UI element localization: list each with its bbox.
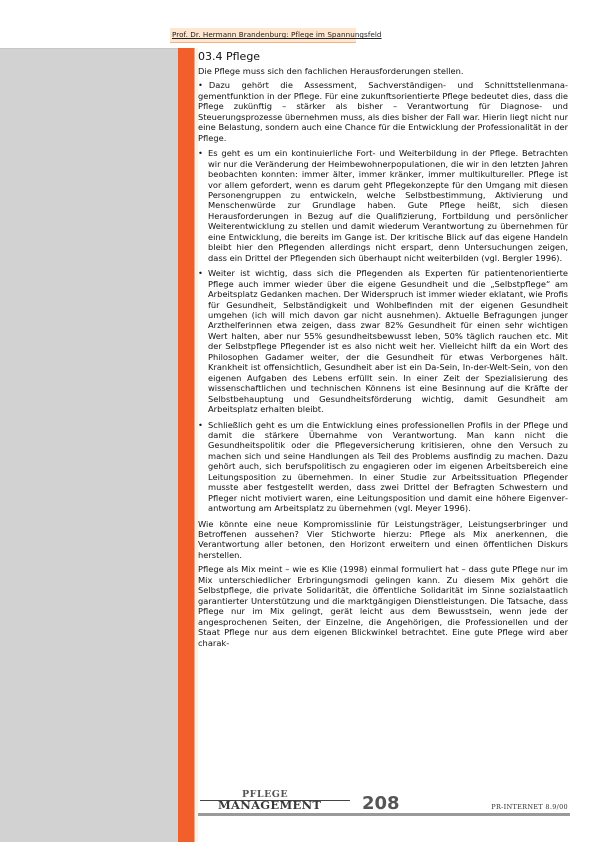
bullet-icon: • xyxy=(198,80,203,90)
pflege-management-logo: PFLEGE MANAGEMENT xyxy=(200,790,328,814)
intro-paragraph: Die Pflege muss sich den fachlichen Hera… xyxy=(198,66,568,76)
page-footer: PFLEGE MANAGEMENT 208 PR-INTERNET 8.9/00 xyxy=(198,790,568,820)
orange-accent-bar xyxy=(178,48,195,842)
bullet-icon: • xyxy=(198,268,203,278)
article-body: 03.4 Pflege Die Pflege muss sich den fac… xyxy=(198,50,568,652)
left-gray-margin xyxy=(0,48,178,842)
running-head: Prof. Dr. Hermann Brandenburg: Pflege im… xyxy=(170,28,356,43)
bullet-item: •Schließlich geht es um die Entwicklung … xyxy=(198,420,568,514)
page-number: 208 xyxy=(362,794,400,814)
footer-rule xyxy=(198,813,570,816)
bullet-text: Es geht es um ein kontinuierliche Fort- … xyxy=(208,148,568,263)
running-head-text: Prof. Dr. Hermann Brandenburg: Pflege im… xyxy=(172,30,382,39)
publication-info: PR-INTERNET 8.9/00 xyxy=(491,803,568,811)
body-paragraph: Wie könnte eine neue Kompromisslinie für… xyxy=(198,519,568,561)
bullet-item: •Es geht es um ein kontinuierliche Fort-… xyxy=(198,148,568,263)
bullet-text: Weiter ist wichtig, dass sich die Pflege… xyxy=(208,268,568,414)
bullet-text: Dazu gehört die Assessment, Sachverständ… xyxy=(198,80,568,142)
bullet-text: Schließlich geht es um die Entwicklung e… xyxy=(208,420,568,514)
logo-bottom-word: MANAGEMENT xyxy=(218,799,321,812)
bullet-icon: • xyxy=(198,420,203,430)
bullet-item: •Dazu gehört die Assessment, Sachverstän… xyxy=(198,80,568,143)
section-heading: 03.4 Pflege xyxy=(198,50,568,64)
body-paragraph: Pflege als Mix meint – wie es Klie (1998… xyxy=(198,564,568,648)
bullet-icon: • xyxy=(198,148,203,158)
bullet-item: •Weiter ist wichtig, dass sich die Pfleg… xyxy=(198,268,568,414)
bullet-list: •Dazu gehört die Assessment, Sachverstän… xyxy=(198,80,568,513)
